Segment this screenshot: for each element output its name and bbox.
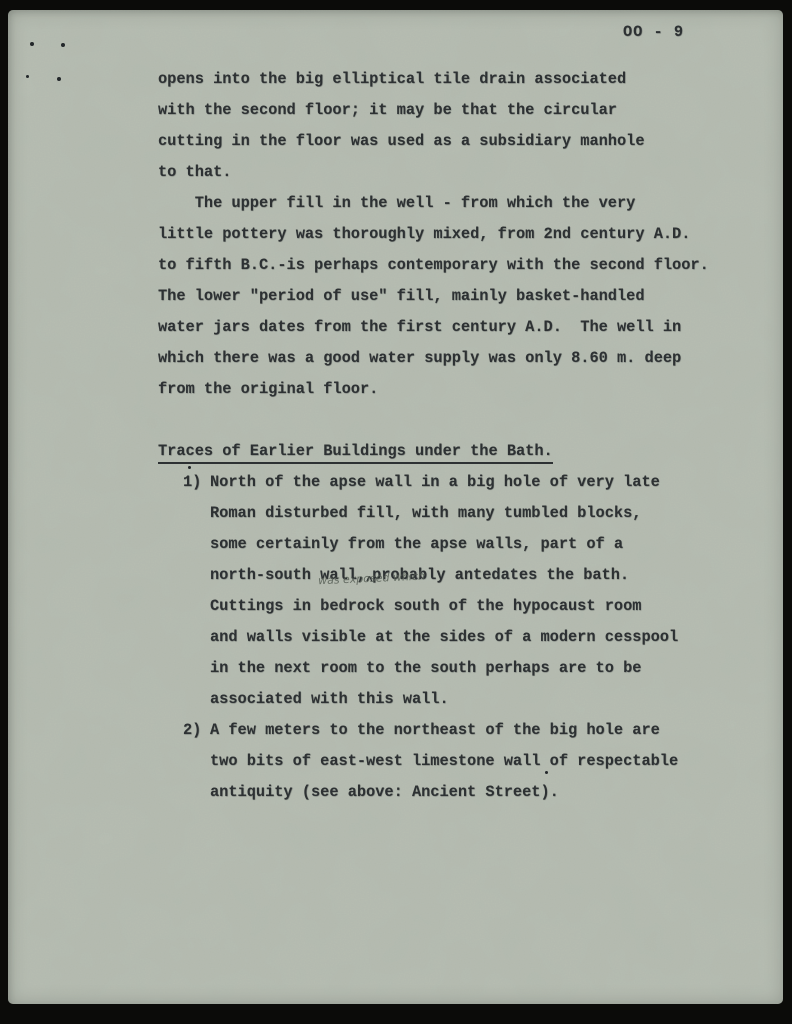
list-marker-1: 1) <box>183 467 201 498</box>
list-item-1: 1) North of the apse wall in a big hole … <box>158 467 758 715</box>
text-line: some certainly from the apse walls, part… <box>210 529 758 560</box>
text-line: which there was a good water supply was … <box>158 343 758 374</box>
list-item-2: 2) A few meters to the northeast of the … <box>158 715 758 808</box>
ink-speck <box>30 42 34 46</box>
text-line: Cuttings in bedrock south of the hypocau… <box>210 591 758 622</box>
text-line: with the second floor; it may be that th… <box>158 95 758 126</box>
text-line: antiquity (see above: Ancient Street). <box>210 777 758 808</box>
ink-speck <box>57 77 61 81</box>
text-line: water jars dates from the first century … <box>158 312 758 343</box>
text-line: opens into the big elliptical tile drain… <box>158 64 758 95</box>
section-heading-text: Traces of Earlier Buildings under the Ba… <box>158 440 553 464</box>
list-item-2-lines: A few meters to the northeast of the big… <box>210 715 758 808</box>
scanned-page: OO - 9 opens into the big elliptical til… <box>0 0 792 1024</box>
paragraph-1: opens into the big elliptical tile drain… <box>158 64 758 188</box>
text-line: little pottery was thoroughly mixed, fro… <box>158 219 758 250</box>
text-line: in the next room to the south perhaps ar… <box>210 653 758 684</box>
text-line: to fifth B.C.-is perhaps contemporary wi… <box>158 250 758 281</box>
insertion-point: was exposed which^ <box>366 560 372 598</box>
blank-line <box>158 405 758 436</box>
ink-speck <box>61 43 65 47</box>
typewritten-text: opens into the big elliptical tile drain… <box>158 64 758 808</box>
list-item-1-lines-before: North of the apse wall in a big hole of … <box>210 467 758 560</box>
list-item-1-lines-after: Cuttings in bedrock south of the hypocau… <box>210 591 758 715</box>
ink-speck <box>26 75 29 78</box>
list-marker-2: 2) <box>183 715 201 746</box>
text-line: cutting in the floor was used as a subsi… <box>158 126 758 157</box>
text-line: from the original floor. <box>158 374 758 405</box>
section-heading: Traces of Earlier Buildings under the Ba… <box>158 436 758 467</box>
text-line: two bits of east-west limestone wall of … <box>210 746 758 777</box>
text-line: Roman disturbed fill, with many tumbled … <box>210 498 758 529</box>
text-line: The upper fill in the well - from which … <box>158 188 758 219</box>
paragraph-2: The upper fill in the well - from which … <box>158 188 758 405</box>
page-number: OO - 9 <box>623 20 684 44</box>
text-line: North of the apse wall in a big hole of … <box>210 467 758 498</box>
text-line: A few meters to the northeast of the big… <box>210 715 758 746</box>
text-line: and walls visible at the sides of a mode… <box>210 622 758 653</box>
text-line: The lower "period of use" fill, mainly b… <box>158 281 758 312</box>
text-line: to that. <box>158 157 758 188</box>
paper-sheet: OO - 9 opens into the big elliptical til… <box>8 10 783 1004</box>
annotated-line: north-south wall,was exposed which^proba… <box>210 560 758 591</box>
text-line: associated with this wall. <box>210 684 758 715</box>
